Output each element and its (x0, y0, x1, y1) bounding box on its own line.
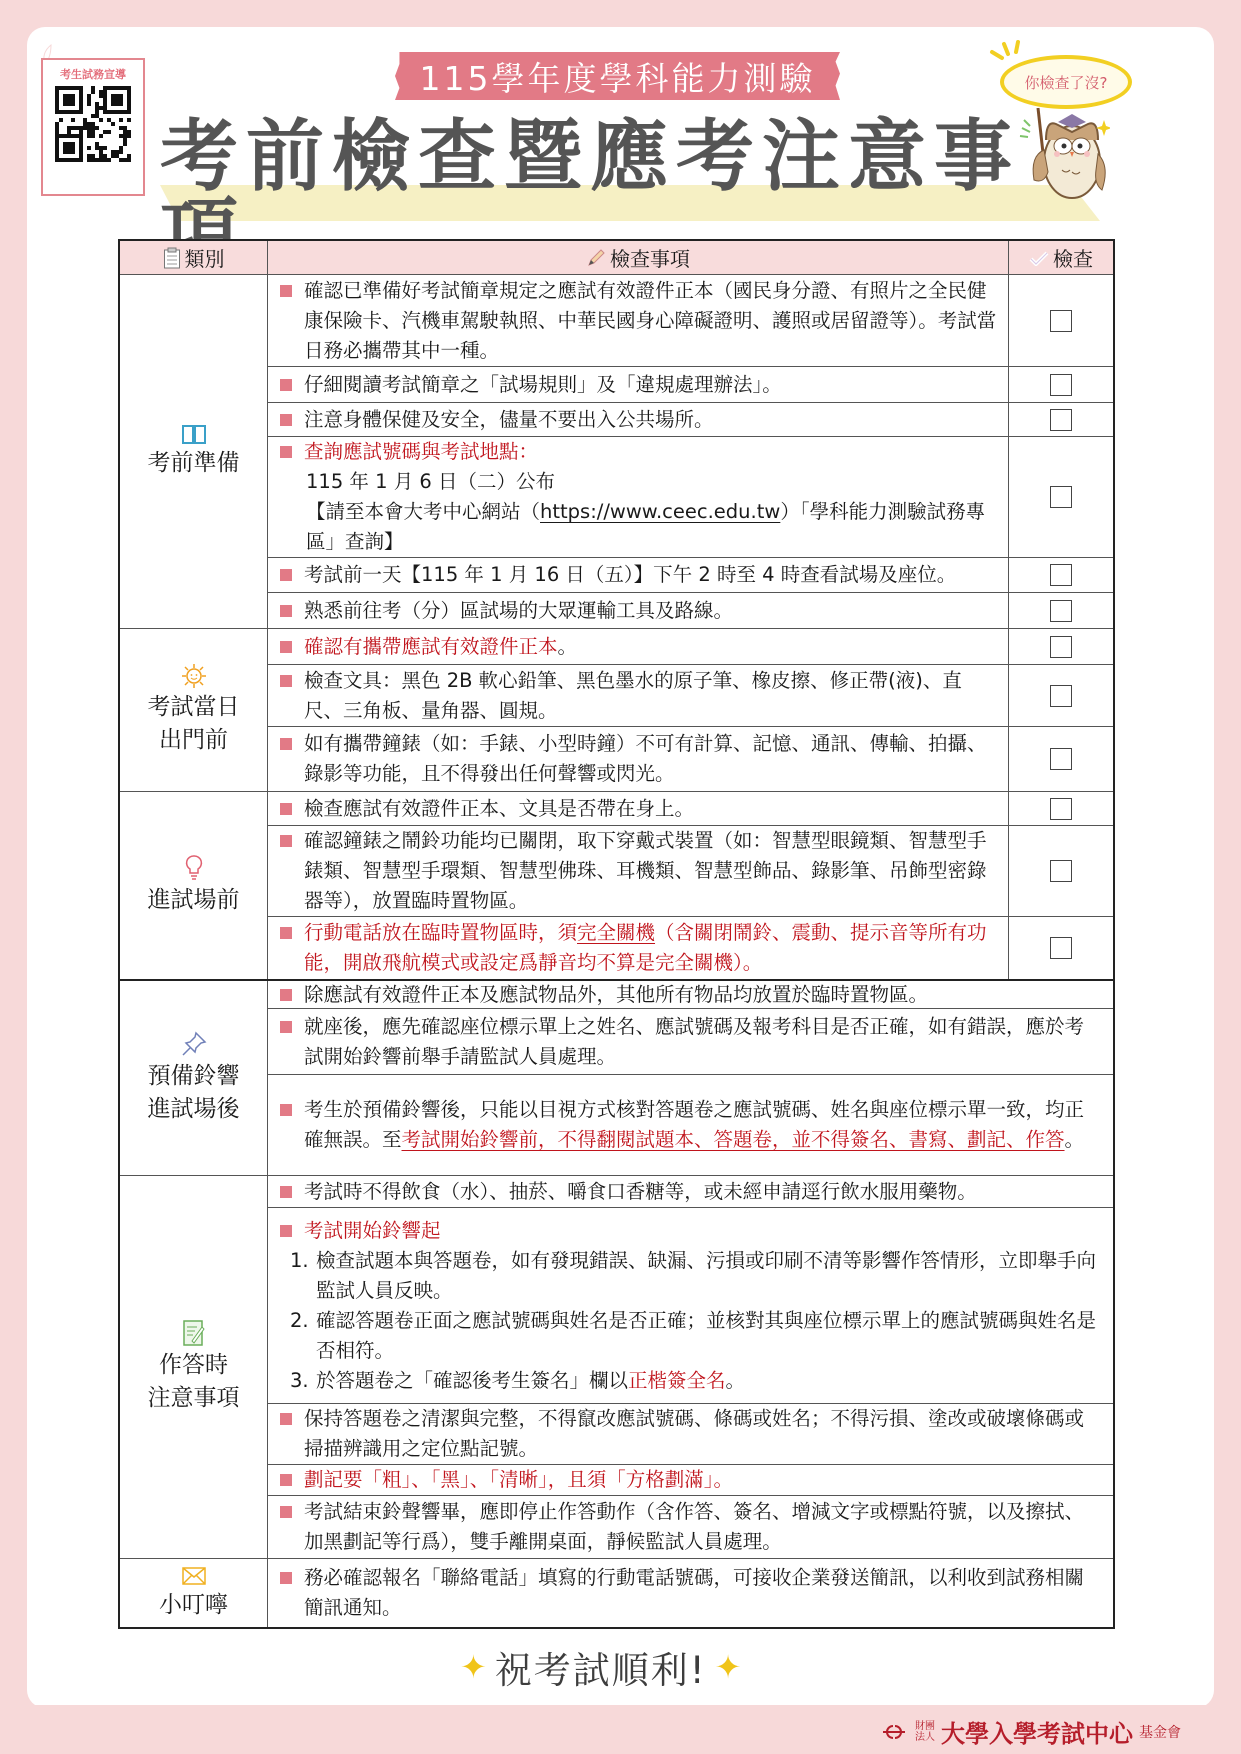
item-text: 就座後，應先確認座位標示單上之姓名、應試號碼及報考科目是否正確，如有錯誤，應於考… (304, 1012, 1103, 1072)
bullet-icon (280, 989, 292, 1001)
bullet-icon (280, 1572, 292, 1584)
numbered-item: 1.檢查試題本與答題卷，如有發現錯誤、缺漏、污損或印刷不清等影響作答情形，立即舉… (280, 1246, 1103, 1306)
category-label-line2: 進試場後 (148, 1093, 240, 1126)
table-row: 務必確認報名「聯絡電話」填寫的行動電話號碼，可接收企業發送簡訊，以利收到試務相關… (268, 1559, 1113, 1627)
category-cell: 預備鈴響 進試場後 (120, 981, 268, 1175)
checkbox[interactable] (1050, 860, 1072, 882)
item-text: 考試前一天【115 年 1 月 16 日（五）】下午 2 時至 4 時查看試場及… (304, 560, 998, 590)
item-text: 檢查應試有效證件正本、文具是否帶在身上。 (304, 794, 998, 824)
bullet-icon (280, 414, 292, 426)
item-number: 3. (290, 1366, 316, 1396)
bullet-icon (280, 1021, 292, 1033)
exam-subtitle: 115學年度學科能力測驗 (420, 53, 816, 100)
item-text: 仔細閱讀考試簡章之「試場規則」及「違規處理辦法」。 (304, 370, 998, 400)
table-row: 行動電話放在臨時置物區時，須完全關機（含關閉鬧鈴、震動、提示音等所有功能，開啟飛… (268, 917, 1113, 979)
bullet-icon (280, 641, 292, 653)
owl-mascot-icon (1000, 100, 1110, 210)
category-label-line1: 考試當日 (148, 691, 240, 724)
table-row: 保持答題卷之清潔與完整，不得竄改應試號碼、條碼或姓名；不得污損、塗改或破壞條碼或… (268, 1404, 1113, 1465)
item-text-underlined: 完全關機 (577, 921, 655, 944)
item-text: 保持答題卷之清潔與完整，不得竄改應試號碼、條碼或姓名；不得污損、塗改或破壞條碼或… (304, 1404, 1103, 1464)
header-item: 檢查事項 (268, 241, 1009, 274)
category-label-line1: 預備鈴響 (148, 1060, 240, 1093)
checklist-table: 類別 檢查事項 檢查 考前準備 確認已準備好考試簡章規定之應試有效證件正本（國民… (118, 239, 1115, 1629)
organization-logo: 財團 法人 大學入學考試中心 基金會 (879, 1714, 1181, 1749)
ceec-website-link[interactable]: https://www.ceec.edu.tw (540, 500, 780, 523)
sparkle-icon: ✦ (715, 1648, 742, 1686)
bullet-icon (280, 1413, 292, 1425)
bullet-icon (280, 738, 292, 750)
bullet-icon (280, 835, 292, 847)
org-name: 大學入學考試中心 (941, 1714, 1133, 1749)
category-label: 進試場前 (148, 884, 240, 917)
checkmark-icon (1029, 250, 1049, 266)
pushpin-icon (180, 1030, 208, 1058)
header-category-label: 類別 (185, 243, 225, 272)
item-text: 確認已準備好考試簡章規定之應試有效證件正本（國民身分證、有照片之全民健康保險卡、… (304, 276, 998, 366)
checkbox[interactable] (1050, 564, 1072, 586)
numbered-item-suffix: 。 (726, 1369, 746, 1392)
bullet-icon (280, 1104, 292, 1116)
item-text-emphasis: 考試開始鈴響前，不得翻閱試題本、答題卷，並不得簽名、書寫、劃記、作答 (402, 1128, 1065, 1151)
org-suffix: 基金會 (1139, 1722, 1181, 1742)
table-row: 考生於預備鈴響後，只能以目視方式核對答題卷之應試號碼、姓名與座位標示單一致，均正… (268, 1075, 1113, 1175)
numbered-item-text: 確認答題卷正面之應試號碼與姓名是否正確；並核對其與座位標示單上的應試號碼與姓名是… (316, 1306, 1103, 1366)
header-item-label: 檢查事項 (610, 243, 690, 272)
section-before-entering-room: 進試場前 檢查應試有效證件正本、文具是否帶在身上。 確認鐘錶之鬧鈴功能均已關閉，… (120, 792, 1113, 981)
qr-code-icon[interactable] (55, 86, 131, 162)
checkbox[interactable] (1050, 374, 1072, 396)
bullet-icon (280, 1474, 292, 1486)
numbered-item: 2.確認答題卷正面之應試號碼與姓名是否正確；並核對其與座位標示單上的應試號碼與姓… (280, 1306, 1103, 1366)
category-label-line1: 作答時 (159, 1349, 228, 1382)
checkbox[interactable] (1050, 685, 1072, 707)
table-row: 就座後，應先確認座位標示單上之姓名、應試號碼及報考科目是否正確，如有錯誤，應於考… (268, 1009, 1113, 1075)
bullet-icon (280, 1506, 292, 1518)
category-label: 考前準備 (148, 447, 240, 480)
item-text-emphasis: 確認有攜帶應試有效證件正本 (304, 635, 558, 658)
header-check-label: 檢查 (1053, 243, 1093, 272)
item-text-emphasis: 查詢應試號碼與考試地點： (304, 437, 998, 467)
bullet-icon (280, 605, 292, 617)
section-during-exam: 作答時 注意事項 考試時不得飲食（水）、抽菸、嚼食口香糖等，或未經申請逕行飲水服… (120, 1176, 1113, 1559)
table-row: 注意身體保健及安全，儘量不要出入公共場所。 (268, 403, 1113, 437)
bullet-icon (280, 675, 292, 687)
bullet-icon (280, 1225, 292, 1237)
section-reminder: 小叮嚀 務必確認報名「聯絡電話」填寫的行動電話號碼，可接收企業發送簡訊，以利收到… (120, 1559, 1113, 1627)
category-label: 小叮嚀 (159, 1589, 228, 1622)
clipboard-icon (163, 247, 181, 269)
category-cell: 進試場前 (120, 792, 268, 979)
table-row: 考試時不得飲食（水）、抽菸、嚼食口香糖等，或未經申請逕行飲水服用藥物。 (268, 1176, 1113, 1208)
checkbox[interactable] (1050, 486, 1072, 508)
checkbox[interactable] (1050, 636, 1072, 658)
table-row: 檢查應試有效證件正本、文具是否帶在身上。 (268, 792, 1113, 826)
sparkle-icon: ✦ (460, 1648, 487, 1686)
section-exam-day-departure: 考試當日 出門前 確認有攜帶應試有效證件正本。 檢查文具：黑色 2B 軟心鉛筆、… (120, 629, 1113, 792)
bullet-icon (280, 285, 292, 297)
table-row: 考試結束鈴聲響畢，應即停止作答動作（含作答、簽名、增減文字或標點符號，以及擦拭、… (268, 1496, 1113, 1558)
closing-text: 祝考試順利! (495, 1640, 707, 1694)
header-category: 類別 (120, 241, 268, 274)
category-cell: 小叮嚀 (120, 1559, 268, 1627)
org-prefix-bottom: 法人 (915, 1732, 935, 1743)
item-text-emphasis: 劃記要「粗」、「黑」、「清晰」，且須「方格劃滿」。 (304, 1465, 1103, 1495)
numbered-item-text: 檢查試題本與答題卷，如有發現錯誤、缺漏、污損或印刷不清等影響作答情形，立即舉手向… (316, 1246, 1103, 1306)
table-row: 確認已準備好考試簡章規定之應試有效證件正本（國民身分證、有照片之全民健康保險卡、… (268, 275, 1113, 367)
numbered-item-emphasis: 正楷簽全名 (628, 1369, 726, 1392)
announce-date: 115 年 1 月 6 日（二）公布 (280, 467, 998, 497)
checkbox[interactable] (1050, 409, 1072, 431)
item-text: 如有攜帶鐘錶（如：手錶、小型時鐘）不可有計算、記憶、通訊、傳輸、拍攝、錄影等功能… (304, 729, 998, 789)
section-before-exam-prep: 考前準備 確認已準備好考試簡章規定之應試有效證件正本（國民身分證、有照片之全民健… (120, 275, 1113, 629)
section-after-warning-bell: 預備鈴響 進試場後 除應試有效證件正本及應試物品外，其他所有物品均放置於臨時置物… (120, 981, 1113, 1176)
table-row: 確認鐘錶之鬧鈴功能均已關閉，取下穿戴式裝置（如：智慧型眼鏡類、智慧型手錶類、智慧… (268, 826, 1113, 917)
item-text: 檢查文具：黑色 2B 軟心鉛筆、黑色墨水的原子筆、橡皮擦、修正帶(液)、直尺、三… (304, 666, 998, 726)
table-row: 劃記要「粗」、「黑」、「清晰」，且須「方格劃滿」。 (268, 1465, 1113, 1496)
checkbox[interactable] (1050, 600, 1072, 622)
category-label-line2: 出門前 (159, 724, 228, 757)
item-text: 務必確認報名「聯絡電話」填寫的行動電話號碼，可接收企業發送簡訊，以利收到試務相關… (304, 1563, 1103, 1623)
checkbox[interactable] (1050, 937, 1072, 959)
category-cell: 作答時 注意事項 (120, 1176, 268, 1558)
category-cell: 考前準備 (120, 275, 268, 628)
table-row: 檢查文具：黑色 2B 軟心鉛筆、黑色墨水的原子筆、橡皮擦、修正帶(液)、直尺、三… (268, 665, 1113, 727)
header-check: 檢查 (1009, 241, 1113, 274)
table-row: 仔細閱讀考試簡章之「試場規則」及「違規處理辦法」。 (268, 367, 1113, 403)
closing-message: ✦ 祝考試順利! ✦ (460, 1640, 741, 1694)
bullet-icon (280, 927, 292, 939)
bullet-icon (280, 803, 292, 815)
item-text: 除應試有效證件正本及應試物品外，其他所有物品均放置於臨時置物區。 (304, 980, 1103, 1010)
website-instruction: 【請至本會大考中心網站（https://www.ceec.edu.tw）「學科能… (280, 497, 998, 557)
website-instruction-prefix: 【請至本會大考中心網站（ (306, 500, 540, 523)
checkbox[interactable] (1050, 748, 1072, 770)
checkbox[interactable] (1050, 798, 1072, 820)
envelope-icon (181, 1565, 207, 1587)
org-prefix-top: 財團 (915, 1721, 935, 1732)
item-text: 考試時不得飲食（水）、抽菸、嚼食口香糖等，或未經申請逕行飲水服用藥物。 (304, 1177, 1103, 1207)
category-label-line2: 注意事項 (148, 1382, 240, 1415)
item-text: 考試結束鈴聲響畢，應即停止作答動作（含作答、簽名、增減文字或標點符號，以及擦拭、… (304, 1497, 1103, 1557)
table-row: 確認有攜帶應試有效證件正本。 (268, 629, 1113, 665)
numbered-item: 3.於答題卷之「確認後考生簽名」欄以正楷簽全名。 (280, 1366, 1103, 1396)
item-text: 熟悉前往考（分）區試場的大眾運輸工具及路線。 (304, 596, 998, 626)
category-cell: 考試當日 出門前 (120, 629, 268, 791)
checkbox[interactable] (1050, 310, 1072, 332)
qr-label: 考生試務宣導 (50, 66, 136, 82)
table-row: 除應試有效證件正本及應試物品外，其他所有物品均放置於臨時置物區。 (268, 981, 1113, 1009)
book-icon (181, 423, 207, 445)
numbered-item-text: 於答題卷之「確認後考生簽名」欄以 (316, 1369, 628, 1392)
item-number: 2. (290, 1306, 316, 1366)
bullet-icon (280, 446, 292, 458)
item-text-suffix: 。 (1065, 1128, 1085, 1151)
item-number: 1. (290, 1246, 316, 1306)
ceec-logo-icon (879, 1722, 909, 1742)
item-text: 注意身體保健及安全，儘量不要出入公共場所。 (304, 405, 998, 435)
item-text: 確認鐘錶之鬧鈴功能均已關閉，取下穿戴式裝置（如：智慧型眼鏡類、智慧型手錶類、智慧… (304, 826, 998, 916)
table-row: 熟悉前往考（分）區試場的大眾運輸工具及路線。 (268, 593, 1113, 628)
bullet-icon (280, 379, 292, 391)
bullet-icon (280, 569, 292, 581)
qr-code-block[interactable]: 考生試務宣導 (41, 58, 145, 196)
item-text-emphasis: 行動電話放在臨時置物區時，須 (304, 921, 577, 944)
memo-icon (182, 1319, 206, 1347)
table-row: 如有攜帶鐘錶（如：手錶、小型時鐘）不可有計算、記憶、通訊、傳輸、拍攝、錄影等功能… (268, 727, 1113, 791)
item-text-emphasis: 考試開始鈴響起 (304, 1216, 1103, 1246)
sun-icon (181, 663, 207, 689)
speech-bubble-text: 你檢查了沒? (1025, 72, 1108, 93)
table-row: 考試開始鈴響起 1.檢查試題本與答題卷，如有發現錯誤、缺漏、污損或印刷不清等影響… (268, 1208, 1113, 1404)
pencil-icon (586, 248, 606, 268)
item-text-suffix: 。 (558, 635, 578, 658)
bullet-icon (280, 1186, 292, 1198)
table-row: 查詢應試號碼與考試地點： 115 年 1 月 6 日（二）公布 【請至本會大考中… (268, 437, 1113, 558)
lightbulb-icon (184, 854, 204, 882)
exam-subtitle-ribbon: 115學年度學科能力測驗 (395, 52, 840, 100)
table-header-row: 類別 檢查事項 檢查 (120, 241, 1113, 275)
table-row: 考試前一天【115 年 1 月 16 日（五）】下午 2 時至 4 時查看試場及… (268, 558, 1113, 593)
